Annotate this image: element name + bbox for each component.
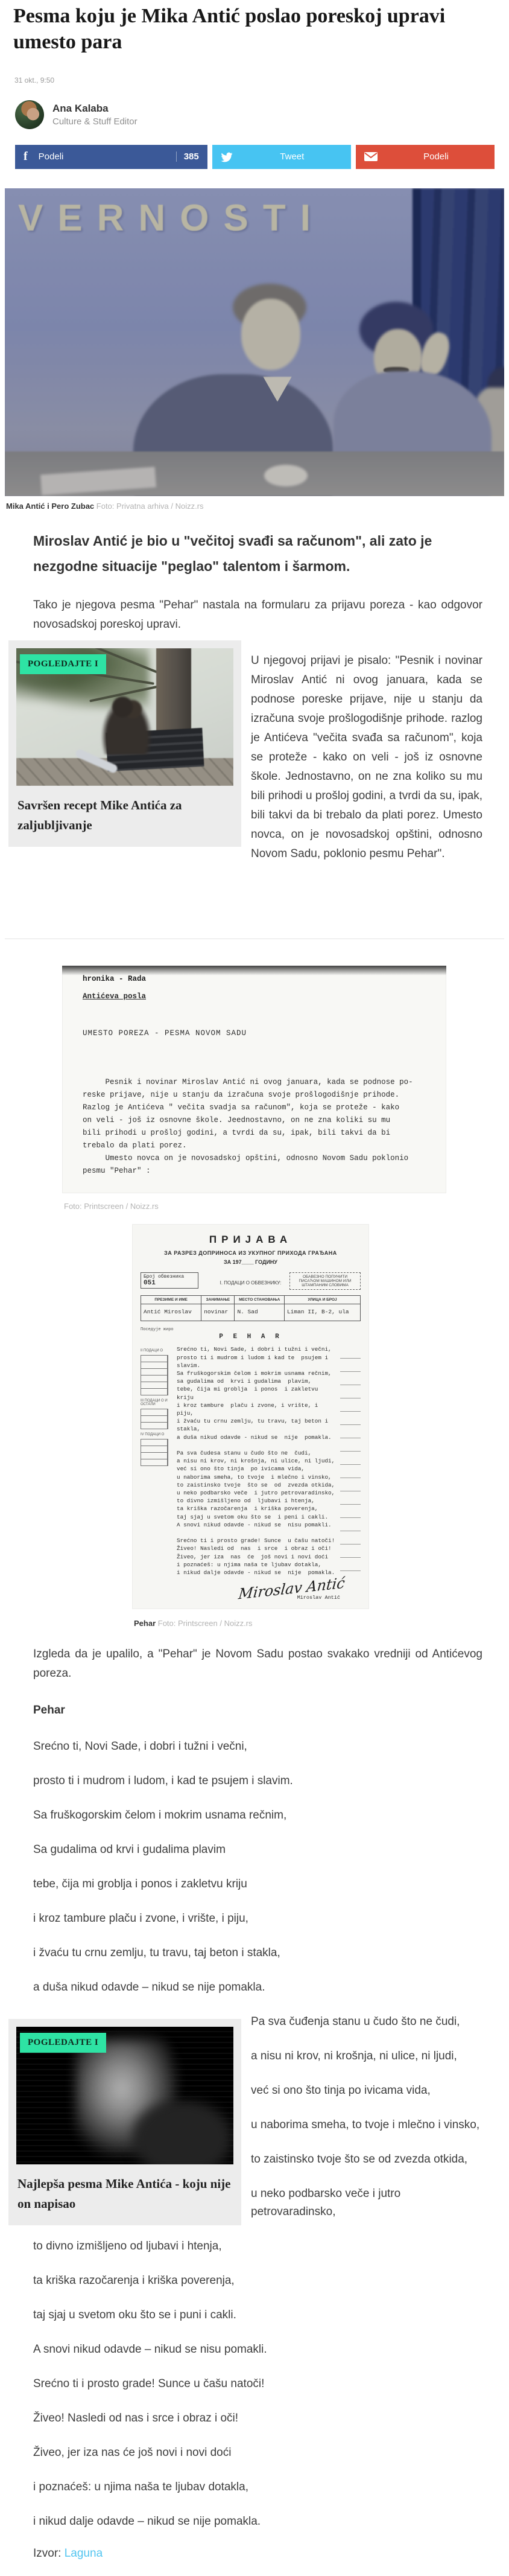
letter-header: hronika - Rada bbox=[83, 973, 426, 986]
letter-line: Umesto novca on je novosadskoj opštini, … bbox=[83, 1152, 426, 1165]
form-left-label-1: II ПОДАЦИ О bbox=[141, 1349, 174, 1353]
form-year-line: ЗА 197____ ГОДИНУ bbox=[141, 1259, 361, 1265]
article-body-top: Miroslav Antić je bio u "večitoj svađi s… bbox=[0, 529, 509, 864]
typewritten-letter-scan: hronika - Rada Antićeva posla UMESTO POR… bbox=[62, 966, 446, 1193]
letter-subject: UMESTO POREZA - PESMA NOVOM SADU bbox=[83, 1027, 426, 1040]
poem-line: Sa fruškogorskim čelom i mokrim usnama r… bbox=[33, 1806, 482, 1825]
blue-photo-tint bbox=[5, 188, 504, 496]
val-name: Antić Miroslav bbox=[141, 1304, 201, 1321]
val-street: Liman II, B-2, ula bbox=[284, 1304, 360, 1321]
typed-poem-line: Srećno ti, Novi Sade, i dobri i tužni i … bbox=[177, 1345, 337, 1353]
poem-line: Živeo! Nasledi od nas i srce i obraz i o… bbox=[33, 2409, 482, 2428]
facebook-icon: f bbox=[24, 150, 28, 164]
typed-poem-line: već si ono što tinja po ivicama vida, bbox=[177, 1465, 337, 1473]
letter-title: Antićeva posla bbox=[83, 990, 426, 1003]
article-page: Pesma koju je Mika Antić poslao poreskoj… bbox=[0, 0, 509, 2576]
typed-poem-line bbox=[177, 1529, 337, 1537]
typed-poem-line: Živeo, jer iza nas će još novi i novi do… bbox=[177, 1553, 337, 1561]
form-number-box: Број обвезника 051 bbox=[141, 1272, 198, 1289]
form-notice-box: ОБАВЕЗНО ПОПУНИТИ ПИСАЋОМ МАШИНОМ ИЛИ ШТ… bbox=[289, 1272, 361, 1290]
typed-poem-line: to divno izmišljeno od ljubavi i htenja, bbox=[177, 1497, 337, 1505]
article-body-bottom: Izgleda da je upalilo, a "Pehar" je Novo… bbox=[0, 1645, 509, 2560]
typed-poem-line: prosto ti i mudrom i ludom i kad te psuj… bbox=[177, 1354, 337, 1369]
typed-poem-line: i poznaćeš: u njima naša te ljubav dotak… bbox=[177, 1561, 337, 1569]
typed-poem-line: u neko podbarsko veče i jutro petrovarad… bbox=[177, 1489, 337, 1497]
form-caption-credit: Foto: Printscreen / Noizz.rs bbox=[158, 1619, 253, 1628]
letter-line: bili prihodi u prošloj godini, a tvrdi d… bbox=[83, 1127, 426, 1140]
typed-poem-line: a duša nikud odavde - nikud se nije poma… bbox=[177, 1433, 337, 1441]
form-subtitle: ЗА РАЗРЕЗ ДОПРИНОСА ИЗ УКУПНОГ ПРИХОДА Г… bbox=[141, 1250, 361, 1256]
form-left-label-3: IV ПОДАЦИ О bbox=[141, 1433, 174, 1436]
poem-line: i poznaćeš: u njima naša te ljubav dotak… bbox=[33, 2478, 482, 2496]
blurred-shoulder bbox=[131, 2099, 233, 2164]
col-occupation: ЗАНИМАЊЕ bbox=[201, 1296, 235, 1304]
envelope-icon bbox=[364, 151, 378, 162]
typed-poem-line: tebe, čija mi groblja i ponos i zakletvu… bbox=[177, 1385, 337, 1401]
form-amounts-column bbox=[337, 1345, 361, 1577]
hero-caption-credit: Foto: Privatna arhiva / Noizz.rs bbox=[96, 502, 204, 511]
related-card-2-title: Najlepša pesma Mike Antića - koju nije o… bbox=[17, 2174, 232, 2213]
typed-poem-line: i žvaću tu crnu zemlju, tu travu, taj be… bbox=[177, 1417, 337, 1433]
related-card-1-title: Savršen recept Mike Antića za zaljubljiv… bbox=[17, 795, 232, 835]
form-poem-title: P E H A R bbox=[141, 1333, 361, 1341]
poem-line: a duša nikud odavde – nikud se nije poma… bbox=[33, 1978, 482, 1997]
col-residence: МЕСТО СТАНОВАЊА bbox=[235, 1296, 285, 1304]
form-number-value: 051 bbox=[144, 1280, 195, 1287]
twitter-share-label: Tweet bbox=[280, 151, 304, 162]
form-giro-label: Поседује жиро bbox=[141, 1327, 361, 1332]
typed-poem-line: to zaistinsko tvoje što se od zvezda otk… bbox=[177, 1481, 337, 1489]
typed-poem-line: i nikud dalje odavde - nikud se nije pom… bbox=[177, 1569, 337, 1577]
poem-line: to divno izmišljeno od ljubavi i htenja, bbox=[33, 2237, 482, 2256]
letter-body: Pesnik i novinar Miroslav Antić ni ovog … bbox=[83, 1076, 426, 1178]
related-card-1-image: POGLEDAJTE I bbox=[16, 648, 233, 786]
source-label: Izvor: bbox=[33, 2547, 61, 2560]
poem-line: i žvaću tu crnu zemlju, tu travu, taj be… bbox=[33, 1944, 482, 1962]
form-caption-title: Pehar bbox=[134, 1619, 156, 1628]
typed-poem-line: sa gudalima od krvi i gudalima plavim, bbox=[177, 1377, 337, 1385]
hero-image: VERNOSTI bbox=[5, 188, 504, 496]
mail-share-button[interactable]: Podeli bbox=[356, 145, 495, 169]
typed-poem-line: i kroz tambure plaču i zvone, i vrište, … bbox=[177, 1401, 337, 1417]
twitter-bird-icon bbox=[221, 151, 233, 162]
poem-line: i nikud dalje odavde – nikud se nije pom… bbox=[33, 2513, 482, 2531]
form-empty-grid bbox=[141, 1355, 168, 1395]
letter-line: Pesnik i novinar Miroslav Antić ni ovog … bbox=[83, 1076, 426, 1089]
typed-poem-line: A snovi nikud odavde - nikud se nisu pom… bbox=[177, 1521, 337, 1529]
publish-date: 31 okt., 9:50 bbox=[14, 76, 509, 84]
poem-heading: Pehar bbox=[33, 1704, 482, 1717]
val-residence: N. Sad bbox=[235, 1304, 285, 1321]
form-poem-area: II ПОДАЦИ О III ПОДАЦИ О И ОСТАЛИ IV ПОД… bbox=[141, 1345, 361, 1577]
mail-share-label: Podeli bbox=[423, 151, 449, 162]
page-title: Pesma koju je Mika Antić poslao poreskoj… bbox=[13, 4, 491, 56]
form-person-table: ПРЕЗИМЕ И ИМЕ ЗАНИМАЊЕ МЕСТО СТАНОВАЊА У… bbox=[141, 1295, 361, 1321]
related-card-2[interactable]: POGLEDAJTE I Najlepša pesma Mike Antića … bbox=[8, 2019, 241, 2225]
typed-poem-line: ta kriška razočarenja i kriška poverenja… bbox=[177, 1505, 337, 1513]
facebook-share-label: Podeli bbox=[39, 151, 64, 162]
promo-badge: POGLEDAJTE I bbox=[20, 2033, 106, 2053]
hero-caption: Mika Antić i Pero Zubac Foto: Privatna a… bbox=[6, 502, 504, 511]
hero-caption-title: Mika Antić i Pero Zubac bbox=[6, 502, 94, 511]
form-empty-grid bbox=[141, 1439, 168, 1466]
form-left-label-2: III ПОДАЦИ О И ОСТАЛИ bbox=[141, 1399, 174, 1406]
lead-paragraph: Miroslav Antić je bio u "večitoj svađi s… bbox=[33, 529, 482, 579]
author-avatar bbox=[15, 100, 44, 129]
typed-poem-line: u naborima smeha, to tvoje i mlečno i vi… bbox=[177, 1473, 337, 1481]
letter-line: Razlog je Antićeva " večita svadja sa ra… bbox=[83, 1101, 426, 1114]
poem-part-1: Srećno ti, Novi Sade, i dobri i tužni i … bbox=[33, 1738, 482, 1997]
couple-silhouette bbox=[101, 697, 153, 754]
typed-poem-line bbox=[177, 1441, 337, 1449]
letter-line: reske prijave, nije u stanju da izračuna… bbox=[83, 1089, 426, 1101]
form-left-column: II ПОДАЦИ О III ПОДАЦИ О И ОСТАЛИ IV ПОД… bbox=[141, 1345, 174, 1577]
related-card-1[interactable]: POGLEDAJTE I Savršen recept Mike Antića … bbox=[8, 640, 241, 847]
tax-form-scan: ПРИЈАВА ЗА РАЗРЕЗ ДОПРИНОСА ИЗ УКУПНОГ П… bbox=[132, 1224, 369, 1609]
typed-poem-line: Živeo! Nasledi od nas i srce i obraz i o… bbox=[177, 1545, 337, 1552]
letter-credit: Foto: Printscreen / Noizz.rs bbox=[64, 1202, 509, 1211]
form-caption: Pehar Foto: Printscreen / Noizz.rs bbox=[134, 1619, 509, 1628]
typed-poem-line: Pa sva čudesa stanu u čudo što ne čudi, bbox=[177, 1449, 337, 1457]
form-title: ПРИЈАВА bbox=[141, 1234, 361, 1246]
poem-line: taj sjaj u svetom oku što se i puni i ca… bbox=[33, 2306, 482, 2324]
share-bar: f Podeli 385 Tweet Podeli bbox=[15, 145, 495, 169]
poem-line: Srećno ti i prosto grade! Sunce u čašu n… bbox=[33, 2375, 482, 2393]
col-street: УЛИЦА И БРОЈ bbox=[284, 1296, 360, 1304]
poem-line: ta kriška razočarenja i kriška poverenja… bbox=[33, 2272, 482, 2290]
poem-line: Sa gudalima od krvi i gudalima plavim bbox=[33, 1841, 482, 1859]
form-number-label: Број обвезника bbox=[144, 1274, 195, 1280]
typed-poem-line: taj sjaj u svetom oku što se i peni i ca… bbox=[177, 1513, 337, 1521]
promo-badge: POGLEDAJTE I bbox=[20, 654, 106, 674]
paragraph-1: Tako je njegova pesma "Pehar" nastala na… bbox=[33, 596, 482, 634]
poem-line: Srećno ti, Novi Sade, i dobri i tužni i … bbox=[33, 1738, 482, 1756]
twitter-share-button[interactable]: Tweet bbox=[212, 145, 351, 169]
poem-line: tebe, čija mi groblja i ponos i zakletvu… bbox=[33, 1875, 482, 1893]
letter-line: pesmu "Pehar" : bbox=[83, 1165, 426, 1178]
paragraph-3: Izgleda da je upalilo, a "Pehar" je Novo… bbox=[33, 1645, 482, 1683]
typed-poem-line: Srećno ti i prosto grade! Sunce u čašu n… bbox=[177, 1537, 337, 1545]
source-link[interactable]: Laguna bbox=[65, 2547, 103, 2560]
section-divider bbox=[5, 939, 504, 939]
author-name: Ana Kalaba bbox=[52, 103, 138, 115]
facebook-share-count: 385 bbox=[176, 151, 199, 162]
author-role: Culture & Stuff Editor bbox=[52, 116, 138, 127]
col-name: ПРЕЗИМЕ И ИМЕ bbox=[141, 1296, 201, 1304]
val-occupation: novinar bbox=[201, 1304, 235, 1321]
form-empty-grid bbox=[141, 1409, 168, 1429]
typed-poem: Srećno ti, Novi Sade, i dobri i tužni i … bbox=[174, 1345, 337, 1577]
poem-line: prosto ti i mudrom i ludom, i kad te psu… bbox=[33, 1772, 482, 1790]
author-block: Ana Kalaba Culture & Stuff Editor bbox=[15, 100, 509, 129]
typed-poem-line: a nisu ni krov, ni krošnja, ni ulice, ni… bbox=[177, 1457, 337, 1465]
typed-poem-line: Sa fruškogorskim čelom i mokrim usnama r… bbox=[177, 1369, 337, 1377]
facebook-share-button[interactable]: f Podeli 385 bbox=[15, 145, 207, 169]
letter-line: on veli - još iz osnovne škole. Jeednost… bbox=[83, 1114, 426, 1127]
author-meta: Ana Kalaba Culture & Stuff Editor bbox=[52, 103, 138, 127]
poem-line: i kroz tambure plaču i zvone, i vrište, … bbox=[33, 1910, 482, 1928]
letter-line: trebalo da plati porez. bbox=[83, 1140, 426, 1152]
poem-line: A snovi nikud odavde – nikud se nisu pom… bbox=[33, 2341, 482, 2359]
poem-line: Živeo, jer iza nas će još novi i novi do… bbox=[33, 2444, 482, 2462]
related-card-2-image: POGLEDAJTE I bbox=[16, 2027, 233, 2164]
source-line: Izvor: Laguna bbox=[33, 2547, 482, 2560]
